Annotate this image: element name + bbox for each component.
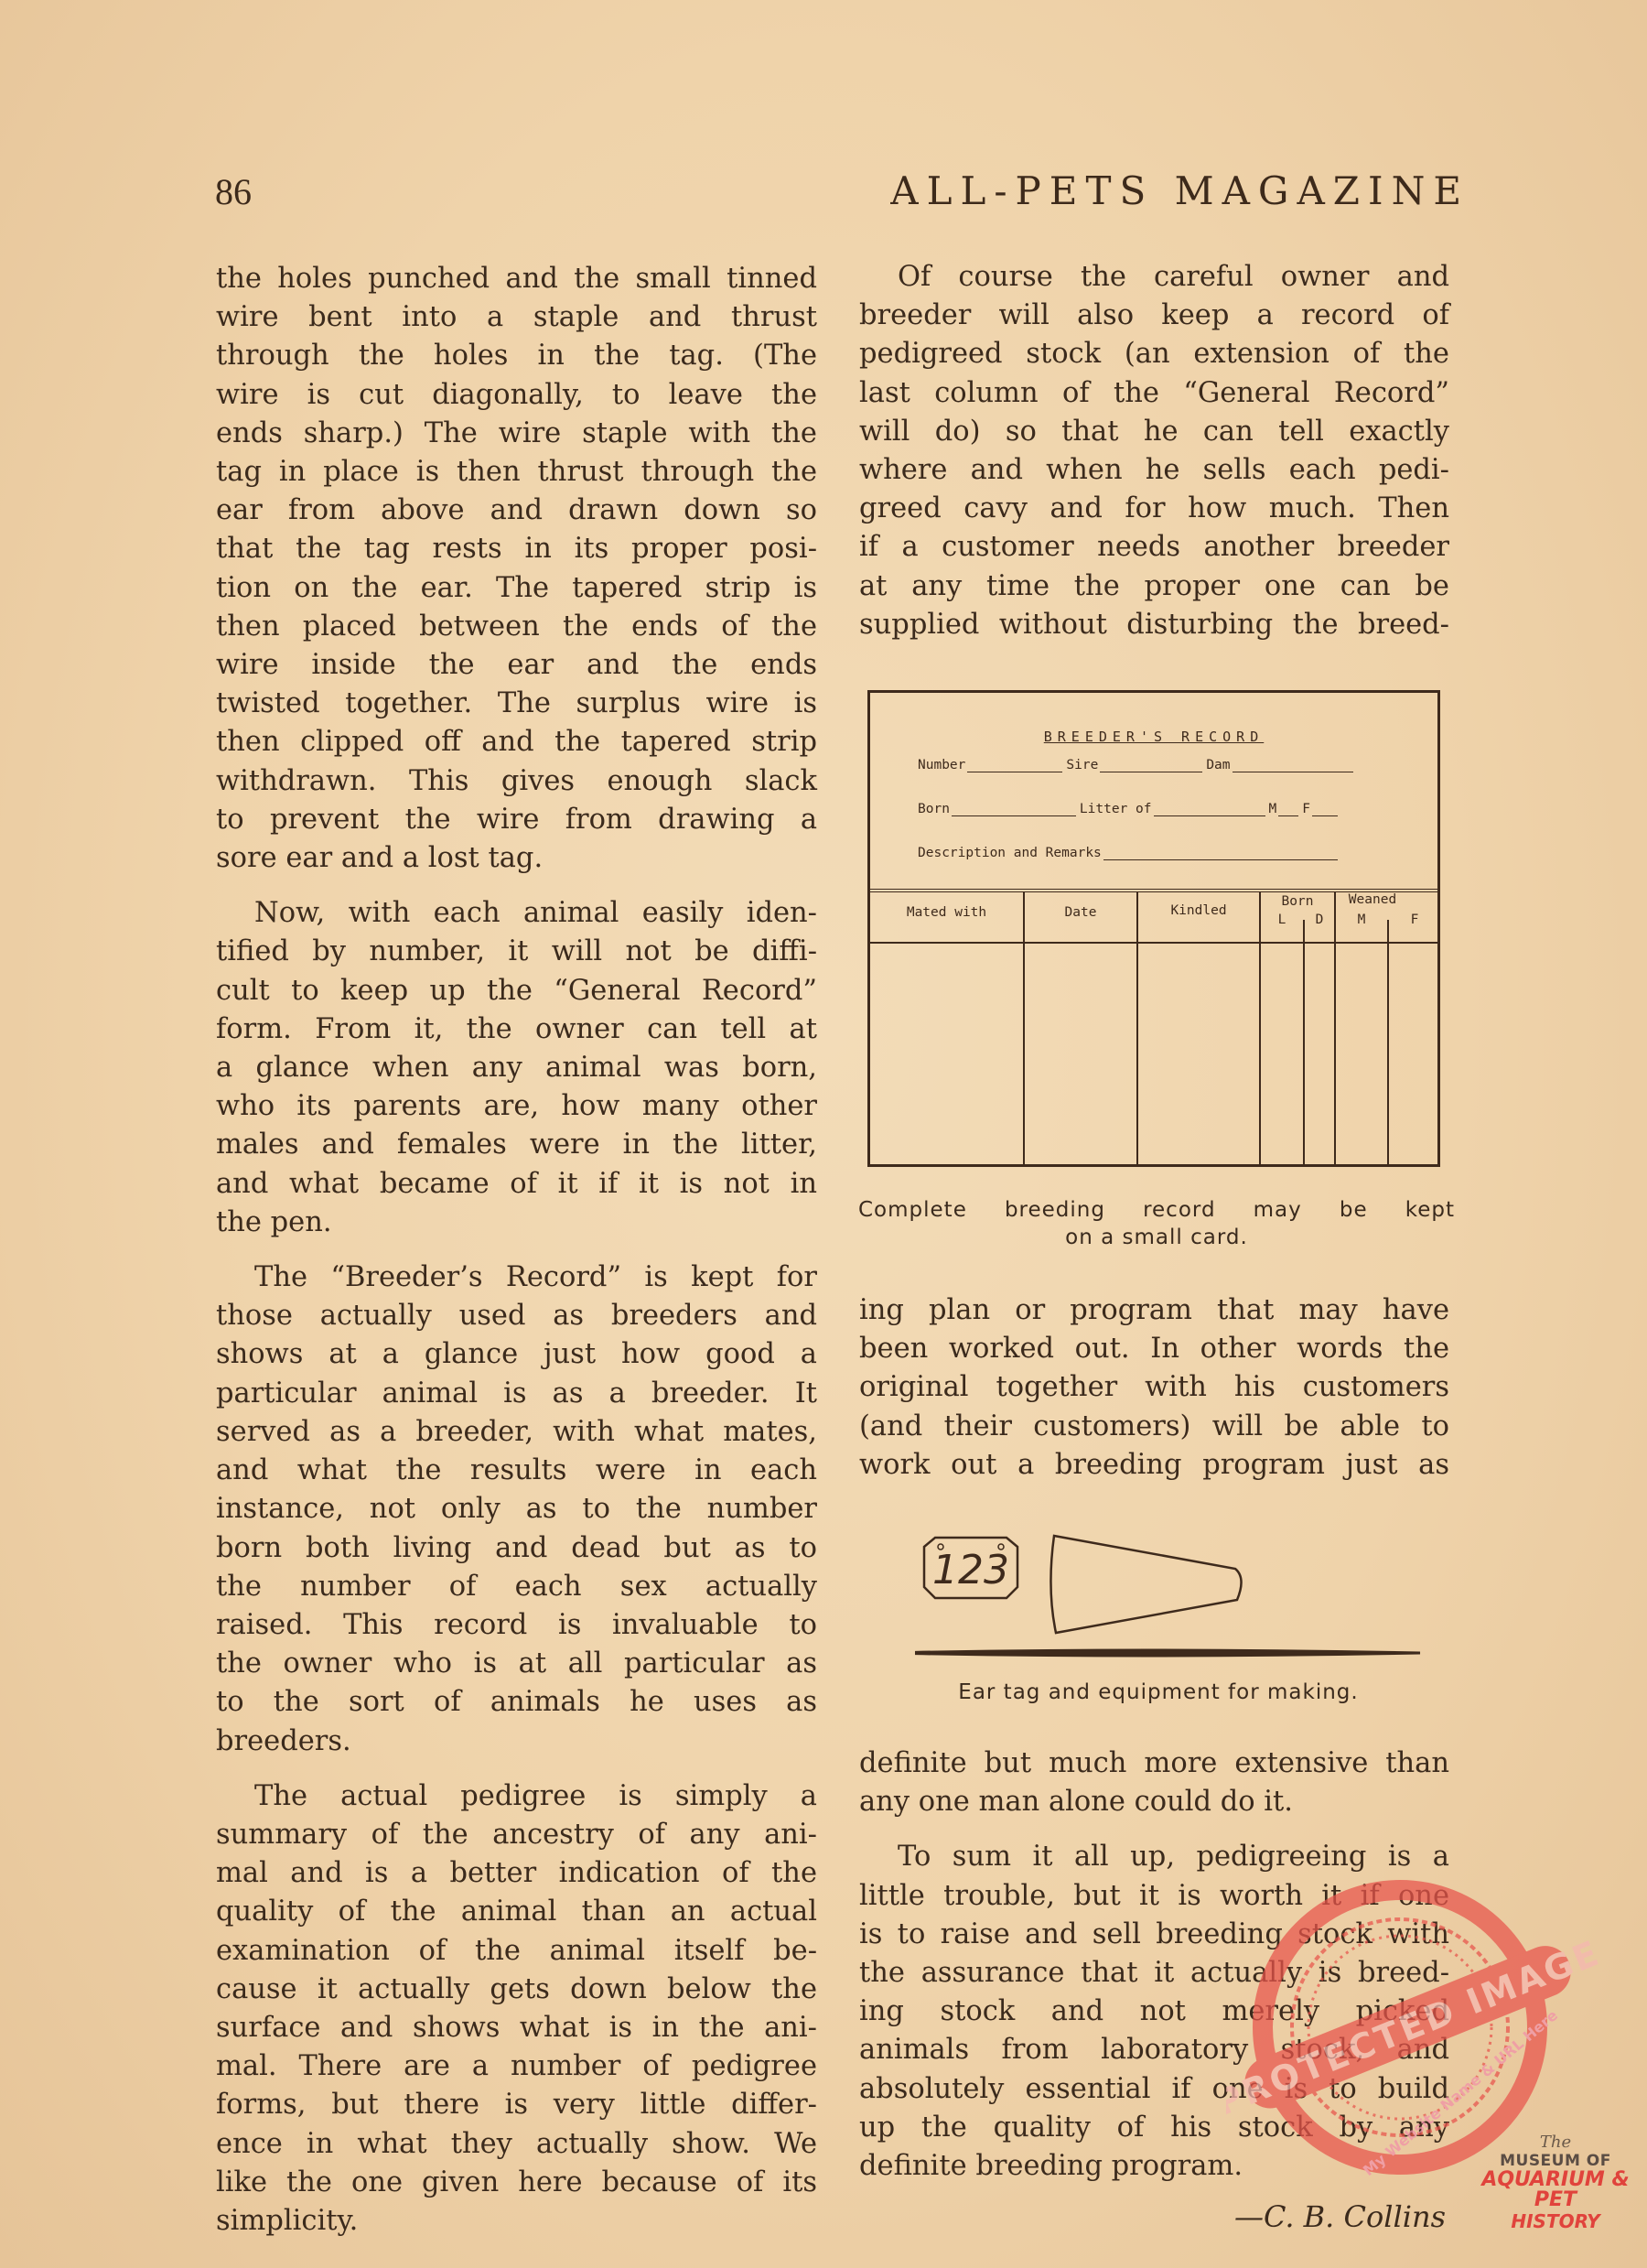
- right-column-middle: ing plan or program that may havebeen wo…: [859, 1291, 1449, 1485]
- text-line: and what became of it if it is not in: [216, 1165, 817, 1204]
- text-line: a glance when any animal was born,: [216, 1049, 817, 1087]
- paragraph: To sum it all up, pedigreeing is alittle…: [859, 1838, 1449, 2186]
- card-caption-line: Complete breeding record may be kept: [858, 1196, 1455, 1224]
- col-header-kindled: Kindled: [1138, 903, 1259, 918]
- text-line: tag in place is then thrust through the: [216, 453, 817, 491]
- text-line: surface and shows what is in the ani-: [216, 2009, 817, 2047]
- text-line: that the tag rests in its proper posi-: [216, 530, 817, 568]
- text-line: form. From it, the owner can tell at: [216, 1010, 817, 1049]
- text-line: little trouble, but it is worth it if on…: [859, 1877, 1449, 1916]
- card-fields-row-3: Description and Remarks: [918, 846, 1394, 860]
- col-header-mated-with: Mated with: [870, 905, 1023, 920]
- text-line: original together with his customers: [859, 1368, 1449, 1407]
- text-line: the number of each sex actually: [216, 1568, 817, 1606]
- text-line: wire bent into a staple and thrust: [216, 298, 817, 337]
- table-divider: [1334, 892, 1336, 1164]
- ear-tag-caption: Ear tag and equipment for making.: [860, 1680, 1457, 1704]
- paragraph: Of course the careful owner andbreeder w…: [859, 258, 1449, 644]
- text-line: born both living and dead but as to: [216, 1529, 817, 1568]
- text-line: mal. There are a number of pedigree: [216, 2047, 817, 2086]
- text-line: any one man alone could do it.: [859, 1783, 1449, 1821]
- text-line: through the holes in the tag. (The: [216, 337, 817, 375]
- text-line: wire is cut diagonally, to leave the: [216, 376, 817, 415]
- card-fields-row-2: Born Litter of M F: [918, 802, 1394, 816]
- magazine-title: ALL-PETS MAGAZINE: [834, 168, 1469, 213]
- text-line: The actual pedigree is simply a: [216, 1777, 817, 1816]
- text-line: absolutely essential if one is to build: [859, 2070, 1449, 2109]
- logo-line: The: [1464, 2133, 1647, 2152]
- col-header-date: Date: [1025, 905, 1136, 920]
- text-line: ends sharp.) The wire staple with the: [216, 415, 817, 453]
- breeders-record-card: BREEDER'S RECORD Number Sire Dam Born Li…: [867, 690, 1440, 1167]
- text-line: Of course the careful owner and: [859, 258, 1449, 297]
- col-header-weaned-female: F: [1389, 913, 1440, 927]
- text-line: summary of the ancestry of any ani-: [216, 1816, 817, 1854]
- card-header-section: BREEDER'S RECORD Number Sire Dam Born Li…: [870, 693, 1437, 892]
- text-line: greed cavy and for how much. Then: [859, 490, 1449, 528]
- table-divider: [1387, 920, 1389, 1164]
- text-line: males and females were in the litter,: [216, 1126, 817, 1164]
- col-header-born: Born: [1261, 894, 1334, 909]
- table-divider: [1303, 920, 1305, 1164]
- text-line: tified by number, it will not be diffi-: [216, 933, 817, 971]
- text-line: if a customer needs another breeder: [859, 528, 1449, 567]
- field-dam-label: Dam: [1206, 758, 1230, 772]
- paragraph: definite but much more extensive thanany…: [859, 1744, 1449, 1821]
- text-line: to prevent the wire from drawing a: [216, 801, 817, 839]
- table-divider: [1136, 892, 1138, 1164]
- text-line: ing stock and not merely picked: [859, 1993, 1449, 2031]
- text-line: ing plan or program that may have: [859, 1291, 1449, 1330]
- text-line: served as a breeder, with what mates,: [216, 1413, 817, 1452]
- paragraph: The “Breeder’s Record” is kept forthose …: [216, 1258, 817, 1761]
- text-line: sore ear and a lost tag.: [216, 839, 817, 878]
- text-line: last column of the “General Record”: [859, 374, 1449, 413]
- field-number-label: Number: [918, 758, 965, 772]
- svg-text:123: 123: [932, 1547, 1009, 1593]
- ear-tag-figure: 123: [915, 1534, 1446, 1671]
- field-sire-label: Sire: [1066, 758, 1098, 772]
- logo-line: HISTORY: [1464, 2210, 1647, 2232]
- text-line: withdrawn. This gives enough slack: [216, 762, 817, 801]
- text-line: Now, with each animal easily iden-: [216, 894, 817, 933]
- text-line: those actually used as breeders and: [216, 1297, 817, 1335]
- text-line: been worked out. In other words the: [859, 1330, 1449, 1368]
- left-column: the holes punched and the small tinnedwi…: [216, 260, 817, 2241]
- text-line: the holes punched and the small tinned: [216, 260, 817, 298]
- breeding-table: Mated with Date Kindled Born L D Weaned …: [870, 892, 1437, 1164]
- text-line: is to raise and sell breeding stock with: [859, 1916, 1449, 1954]
- paragraph: Now, with each animal easily iden-tified…: [216, 894, 817, 1242]
- text-line: The “Breeder’s Record” is kept for: [216, 1258, 817, 1297]
- text-line: forms, but there is very little differ-: [216, 2086, 817, 2124]
- text-line: the assurance that it actually is breed-: [859, 1954, 1449, 1993]
- text-line: cause it actually gets down below the: [216, 1971, 817, 2009]
- card-caption-line: on a small card.: [858, 1224, 1455, 1251]
- text-line: then clipped off and the tapered strip: [216, 723, 817, 761]
- text-line: raised. This record is invaluable to: [216, 1606, 817, 1645]
- text-line: definite breeding program.: [859, 2147, 1449, 2186]
- field-litter-label: Litter of: [1080, 802, 1152, 816]
- col-header-born-living: L: [1261, 913, 1303, 927]
- paragraph: The actual pedigree is simply asummary o…: [216, 1777, 817, 2241]
- text-line: tion on the ear. The tapered strip is: [216, 569, 817, 608]
- text-line: ear from above and drawn down so: [216, 491, 817, 530]
- paragraph: ing plan or program that may havebeen wo…: [859, 1291, 1449, 1485]
- text-line: to the sort of animals he uses as: [216, 1683, 817, 1722]
- text-line: and what the results were in each: [216, 1452, 817, 1490]
- text-line: the owner who is at all particular as: [216, 1645, 817, 1683]
- field-f-label: F: [1302, 802, 1310, 816]
- card-title: BREEDER'S RECORD: [870, 729, 1437, 745]
- text-line: the pen.: [216, 1204, 817, 1242]
- text-line: breeder will also keep a record of: [859, 297, 1449, 335]
- text-line: will do) so that he can tell exactly: [859, 413, 1449, 451]
- text-line: quality of the animal than an actual: [216, 1893, 817, 1931]
- right-column-bottom: definite but much more extensive thanany…: [859, 1744, 1449, 2186]
- author-signature: —C. B. Collins: [1208, 2199, 1446, 2234]
- col-header-weaned-male: M: [1336, 913, 1387, 927]
- text-line: instance, not only as to the number: [216, 1490, 817, 1528]
- text-line: at any time the proper one can be: [859, 567, 1449, 606]
- text-line: work out a breeding program just as: [859, 1446, 1449, 1485]
- text-line: shows at a glance just how good a: [216, 1335, 817, 1374]
- right-column-top: Of course the careful owner andbreeder w…: [859, 258, 1449, 644]
- tapered-strip-icon: [1050, 1536, 1241, 1633]
- text-line: mal and is a better indication of the: [216, 1854, 817, 1893]
- card-fields-row-1: Number Sire Dam: [918, 758, 1394, 772]
- text-line: who its parents are, how many other: [216, 1087, 817, 1126]
- text-line: wire inside the ear and the ends: [216, 646, 817, 685]
- paragraph: the holes punched and the small tinnedwi…: [216, 260, 817, 878]
- field-description-label: Description and Remarks: [918, 846, 1102, 860]
- text-line: cult to keep up the “General Record”: [216, 972, 817, 1010]
- page-number: 86: [215, 170, 252, 213]
- museum-logo: The MUSEUM OF AQUARIUM & PET HISTORY: [1464, 2133, 1647, 2252]
- table-divider: [1023, 892, 1025, 1164]
- text-line: definite but much more extensive than: [859, 1744, 1449, 1783]
- text-line: animals from laboratory stock, and: [859, 2031, 1449, 2069]
- text-line: simplicity.: [216, 2202, 817, 2241]
- text-line: up the quality of his stock by any: [859, 2109, 1449, 2147]
- col-header-weaned: Weaned: [1336, 892, 1409, 907]
- text-line: particular animal is as a breeder. It: [216, 1375, 817, 1413]
- logo-line: AQUARIUM & PET: [1464, 2170, 1647, 2210]
- card-caption: Complete breeding record may be kept on …: [858, 1196, 1455, 1251]
- text-line: twisted together. The surplus wire is: [216, 685, 817, 723]
- text-line: breeders.: [216, 1723, 817, 1761]
- text-line: where and when he sells each pedi-: [859, 451, 1449, 490]
- text-line: To sum it all up, pedigreeing is a: [859, 1838, 1449, 1876]
- logo-line: MUSEUM OF: [1464, 2152, 1647, 2170]
- table-divider: [1259, 892, 1261, 1164]
- field-born-label: Born: [918, 802, 950, 816]
- text-line: like the one given here because of its: [216, 2164, 817, 2202]
- text-line: supplied without disturbing the breed-: [859, 606, 1449, 644]
- text-line: examination of the animal itself be-: [216, 1932, 817, 1971]
- text-line: then placed between the ends of the: [216, 608, 817, 646]
- text-line: (and their customers) will be able to: [859, 1408, 1449, 1446]
- text-line: ence in what they actually show. We: [216, 2125, 817, 2164]
- baseline-rule: [915, 1650, 1420, 1656]
- text-line: pedigreed stock (an extension of the: [859, 335, 1449, 373]
- field-m-label: M: [1269, 802, 1277, 816]
- col-header-born-dead: D: [1305, 913, 1334, 927]
